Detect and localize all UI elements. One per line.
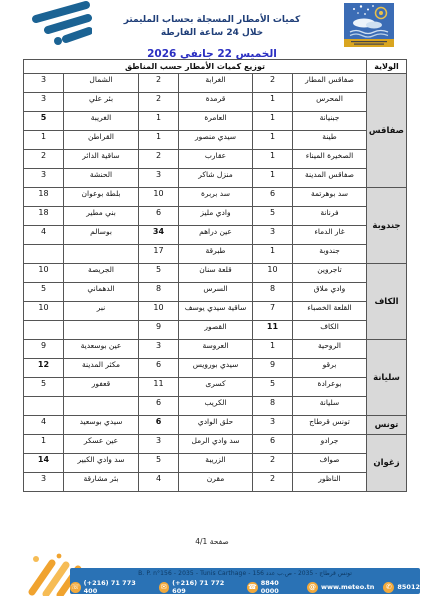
table-row: وادي ملاق8السرس8الدهماني5 [24, 283, 407, 302]
rainfall-value-cell: 5 [139, 264, 179, 283]
governorate-column-header: الولاية [367, 60, 407, 74]
rainfall-value-cell: 8 [139, 283, 179, 302]
rainfall-value-cell: 5 [24, 112, 64, 131]
table-row: تونستونس قرطاج3حلق الوادي6سيدي بوسعيد4 [24, 416, 407, 435]
footer-address: B. P. n°156 - 2035 - Tunis Carthage - تو… [70, 568, 420, 577]
table-row: فرنانة5وادي مليز6بني مطير18 [24, 207, 407, 226]
rainfall-value-cell: 11 [253, 321, 293, 340]
contact-label: 85012 [397, 583, 420, 591]
governorate-cell: سليانة [367, 340, 407, 416]
table-row: المحرس1قرمدة2بئر علي3 [24, 93, 407, 112]
footer-contact: ☎8840 0000 [247, 579, 298, 595]
station-name-cell: تاجروين [293, 264, 367, 283]
station-name-cell: القلعة الخصباء [293, 302, 367, 321]
table-row: غار الدماء3عين دراهم34بوسالم4 [24, 226, 407, 245]
bulletin-header: كميات الأمطار المسجلة بحساب المليمتر خلا… [0, 14, 424, 60]
rainfall-value-cell: 10 [24, 302, 64, 321]
station-name-cell: برقو [293, 359, 367, 378]
table-row: سليانةالروحية1العروسة3عين بوسعدية9 [24, 340, 407, 359]
contact-label: www.meteo.tn [321, 583, 374, 591]
rainfall-value-cell: 6 [139, 416, 179, 435]
station-name-cell [64, 245, 139, 264]
rainfall-value-cell: 17 [139, 245, 179, 264]
rainfall-value-cell: 1 [253, 340, 293, 359]
station-name-cell: سيدي منصور [179, 131, 253, 150]
table-row: صواف2الزريبة5سد وادي الكبير14 [24, 454, 407, 473]
contact-label: (+216) 71 772 609 [172, 579, 238, 595]
rainfall-value-cell: 1 [24, 435, 64, 454]
table-row: جندوبة1طبرقة17 [24, 245, 407, 264]
rainfall-value-cell [24, 321, 64, 340]
station-name-cell: عين بوسعدية [64, 340, 139, 359]
station-name-cell: كسرى [179, 378, 253, 397]
table-row: جبنيانة1العامرة1الغريبة5 [24, 112, 407, 131]
rainfall-value-cell: 10 [139, 188, 179, 207]
station-name-cell: الصخيرة الميناء [293, 150, 367, 169]
table-row: طينة1سيدي منصور1القراطن1 [24, 131, 407, 150]
station-name-cell: القراطن [64, 131, 139, 150]
table-row: الصخيرة الميناء1عقارب2ساقية الدائر2 [24, 150, 407, 169]
station-name-cell: طبرقة [179, 245, 253, 264]
rainfall-value-cell: 7 [253, 302, 293, 321]
station-name-cell: نبر [64, 302, 139, 321]
table-row: صفاقس المدينة1منزل شاكر3الحنشة3 [24, 169, 407, 188]
rainfall-value-cell: 3 [253, 226, 293, 245]
distribution-column-header: توزيع كميات الأمطار حسب المناطق [24, 60, 367, 74]
rainfall-value-cell: 6 [139, 359, 179, 378]
rainfall-value-cell: 8 [253, 397, 293, 416]
table-row: سليانة8الكريب6 [24, 397, 407, 416]
rainfall-value-cell: 1 [253, 93, 293, 112]
station-name-cell: سد بربرة [179, 188, 253, 207]
rainfall-value-cell: 4 [24, 226, 64, 245]
station-name-cell: القصور [179, 321, 253, 340]
phone-icon: ☎ [247, 582, 258, 593]
station-name-cell: طينة [293, 131, 367, 150]
table-row: بوعرادة5كسرى11قعفور5 [24, 378, 407, 397]
station-name-cell: بئر مشارقة [64, 473, 139, 492]
rainfall-value-cell: 6 [253, 188, 293, 207]
station-name-cell: وادي ملاق [293, 283, 367, 302]
rainfall-value-cell: 5 [24, 283, 64, 302]
station-name-cell: الدهماني [64, 283, 139, 302]
station-name-cell: سليانة [293, 397, 367, 416]
rainfall-value-cell [24, 397, 64, 416]
rainfall-value-cell: 3 [24, 473, 64, 492]
rainfall-value-cell: 2 [139, 74, 179, 93]
governorate-cell: زغوان [367, 435, 407, 492]
rainfall-value-cell: 3 [24, 169, 64, 188]
station-name-cell: الجريصة [64, 264, 139, 283]
rainfall-value-cell: 6 [139, 207, 179, 226]
station-name-cell: الكريب [179, 397, 253, 416]
station-name-cell: جندوبة [293, 245, 367, 264]
rainfall-value-cell: 2 [253, 74, 293, 93]
station-name-cell: سد وادي الرمل [179, 435, 253, 454]
station-name-cell: عقارب [179, 150, 253, 169]
station-name-cell: الكاف [293, 321, 367, 340]
rainfall-value-cell: 1 [253, 245, 293, 264]
rainfall-value-cell: 11 [139, 378, 179, 397]
station-name-cell: السرس [179, 283, 253, 302]
rainfall-value-cell: 5 [253, 207, 293, 226]
station-name-cell: صفاقس المدينة [293, 169, 367, 188]
rainfall-value-cell: 18 [24, 188, 64, 207]
rainfall-value-cell: 9 [139, 321, 179, 340]
rainfall-value-cell: 5 [253, 378, 293, 397]
station-name-cell: منزل شاكر [179, 169, 253, 188]
globe-icon: @ [307, 582, 318, 593]
station-name-cell [64, 321, 139, 340]
rainfall-value-cell: 1 [139, 112, 179, 131]
page-number-label: صفحة 4/1 [0, 537, 424, 546]
rainfall-value-cell: 1 [24, 131, 64, 150]
footer-contact: ☏(+216) 71 773 400 [70, 579, 150, 595]
mail-icon: ✉ [159, 582, 170, 593]
table-row: الناظور2مقرن4بئر مشارقة3 [24, 473, 407, 492]
station-name-cell: تونس قرطاج [293, 416, 367, 435]
station-name-cell: قرمدة [179, 93, 253, 112]
footer-contact: @www.meteo.tn [307, 582, 374, 593]
station-name-cell: بئر علي [64, 93, 139, 112]
governorate-cell: جندوبة [367, 188, 407, 264]
station-name-cell: الحنشة [64, 169, 139, 188]
station-name-cell: بلطة بوعوان [64, 188, 139, 207]
rainfall-value-cell: 14 [24, 454, 64, 473]
rainfall-value-cell: 9 [24, 340, 64, 359]
rainfall-value-cell: 6 [253, 435, 293, 454]
governorate-cell: الكاف [367, 264, 407, 340]
footer-bar: B. P. n°156 - 2035 - Tunis Carthage - تو… [70, 568, 420, 594]
rainfall-value-cell: 3 [139, 340, 179, 359]
station-name-cell: عين عسكر [64, 435, 139, 454]
rainfall-value-cell: 2 [139, 93, 179, 112]
rainfall-value-cell: 10 [139, 302, 179, 321]
station-name-cell: حلق الوادي [179, 416, 253, 435]
rainfall-value-cell [24, 245, 64, 264]
rainfall-value-cell: 1 [253, 169, 293, 188]
governorate-cell: تونس [367, 416, 407, 435]
rainfall-value-cell: 2 [24, 150, 64, 169]
station-name-cell: قلعة سنان [179, 264, 253, 283]
station-name-cell: سد وادي الكبير [64, 454, 139, 473]
rainfall-value-cell: 1 [253, 112, 293, 131]
station-name-cell: المحرس [293, 93, 367, 112]
station-name-cell: الغرابة [179, 74, 253, 93]
station-name-cell: ساقية الدائر [64, 150, 139, 169]
station-name-cell: الشمال [64, 74, 139, 93]
rainfall-value-cell: 2 [253, 454, 293, 473]
rainfall-value-cell: 18 [24, 207, 64, 226]
table-row: برقو9سيدي بورويس6مكثر المدينة12 [24, 359, 407, 378]
rainfall-value-cell: 10 [24, 264, 64, 283]
station-name-cell: ساقية سيدي يوسف [179, 302, 253, 321]
rainfall-value-cell: 3 [253, 416, 293, 435]
station-name-cell: جبنيانة [293, 112, 367, 131]
footer-contact: ✆85012 [383, 582, 420, 593]
table-row: صفاقسصفاقس المطار2الغرابة2الشمال3 [24, 74, 407, 93]
station-name-cell: وادي مليز [179, 207, 253, 226]
rainfall-table: الولاية توزيع كميات الأمطار حسب المناطق … [23, 59, 407, 492]
rainfall-value-cell: 1 [253, 150, 293, 169]
table-row: الكاف11القصور9 [24, 321, 407, 340]
rainfall-value-cell: 4 [24, 416, 64, 435]
station-name-cell: مكثر المدينة [64, 359, 139, 378]
station-name-cell: فرنانة [293, 207, 367, 226]
rainfall-value-cell: 5 [24, 378, 64, 397]
station-name-cell: بني مطير [64, 207, 139, 226]
station-name-cell: الزريبة [179, 454, 253, 473]
rainfall-value-cell: 4 [139, 473, 179, 492]
station-name-cell: قعفور [64, 378, 139, 397]
station-name-cell: جرادو [293, 435, 367, 454]
table-header-row: الولاية توزيع كميات الأمطار حسب المناطق [24, 60, 407, 74]
rainfall-value-cell: 9 [253, 359, 293, 378]
rainfall-value-cell: 1 [139, 131, 179, 150]
rainfall-value-cell: 3 [24, 93, 64, 112]
rainfall-value-cell: 3 [24, 74, 64, 93]
rainfall-value-cell: 12 [24, 359, 64, 378]
footer-contact: ✉(+216) 71 772 609 [159, 579, 239, 595]
table-row: القلعة الخصباء7ساقية سيدي يوسف10نبر10 [24, 302, 407, 321]
station-name-cell: مقرن [179, 473, 253, 492]
station-name-cell: غار الدماء [293, 226, 367, 245]
rain-table-body: صفاقسصفاقس المطار2الغرابة2الشمال3المحرس1… [24, 74, 407, 492]
rainfall-value-cell: 2 [253, 473, 293, 492]
sms-icon: ✆ [383, 582, 394, 593]
table-row: الكافتاجروين10قلعة سنان5الجريصة10 [24, 264, 407, 283]
station-name-cell [64, 397, 139, 416]
station-name-cell: عين دراهم [179, 226, 253, 245]
station-name-cell: بوعرادة [293, 378, 367, 397]
station-name-cell: سيدي بوسعيد [64, 416, 139, 435]
station-name-cell: صواف [293, 454, 367, 473]
station-name-cell: العامرة [179, 112, 253, 131]
station-name-cell: سيدي بورويس [179, 359, 253, 378]
rainfall-value-cell: 6 [139, 397, 179, 416]
station-name-cell: الروحية [293, 340, 367, 359]
rainfall-value-cell: 1 [253, 131, 293, 150]
rainfall-bulletin-page: كميات الأمطار المسجلة بحساب المليمتر خلا… [0, 0, 424, 600]
station-name-cell: العروسة [179, 340, 253, 359]
bulletin-title-line1: كميات الأمطار المسجلة بحساب المليمتر [0, 14, 424, 27]
station-name-cell: صفاقس المطار [293, 74, 367, 93]
rainfall-value-cell: 34 [139, 226, 179, 245]
rainfall-value-cell: 10 [253, 264, 293, 283]
station-name-cell: الغريبة [64, 112, 139, 131]
governorate-cell: صفاقس [367, 74, 407, 188]
contact-label: 8840 0000 [261, 579, 298, 595]
station-name-cell: بوسالم [64, 226, 139, 245]
table-row: زغوانجرادو6سد وادي الرمل3عين عسكر1 [24, 435, 407, 454]
station-name-cell: سد بوهرتمة [293, 188, 367, 207]
rainfall-value-cell: 2 [139, 150, 179, 169]
rainfall-value-cell: 3 [139, 435, 179, 454]
rainfall-value-cell: 8 [253, 283, 293, 302]
fax-icon: ☏ [70, 582, 81, 593]
bulletin-title-line2: خلال 24 ساعة الفارطة [0, 27, 424, 40]
station-name-cell: الناظور [293, 473, 367, 492]
rainfall-value-cell: 5 [139, 454, 179, 473]
footer-contacts: ☏(+216) 71 773 400✉(+216) 71 772 609☎884… [70, 579, 420, 595]
table-row: جندوبةسد بوهرتمة6سد بربرة10بلطة بوعوان18 [24, 188, 407, 207]
contact-label: (+216) 71 773 400 [84, 579, 150, 595]
rainfall-value-cell: 3 [139, 169, 179, 188]
